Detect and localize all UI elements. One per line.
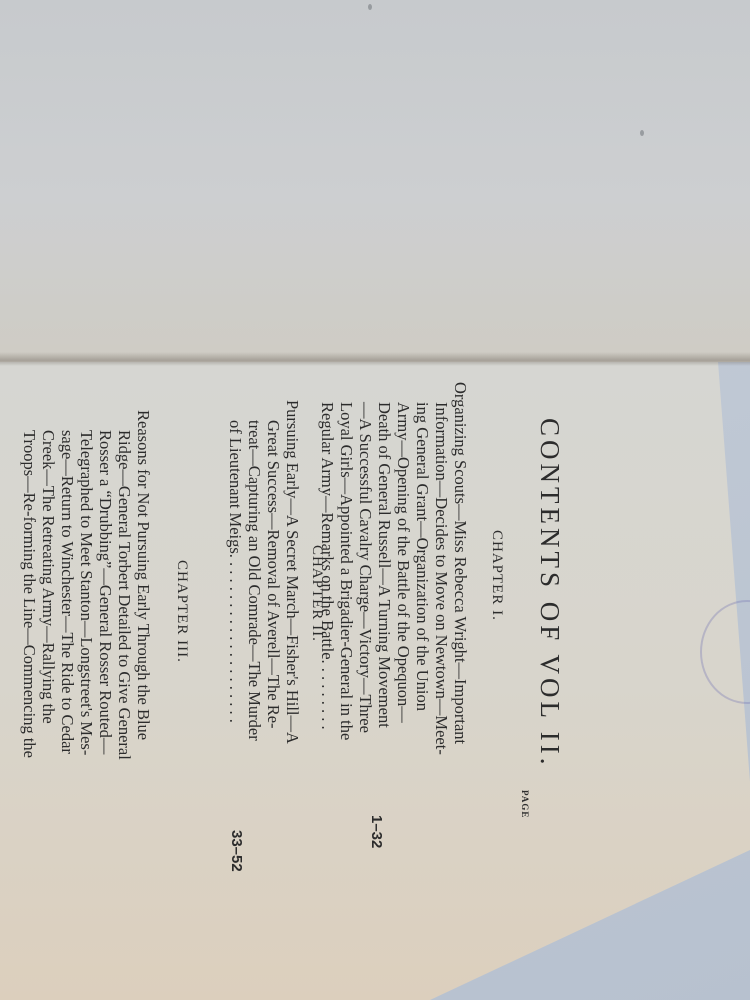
toc-line: Ridge—General Torbert Detailed to Give G…	[115, 410, 134, 850]
chapter-3-heading: CHAPTER III.	[173, 560, 190, 663]
toc-line: Creek—The Retreating Army—Rallying the	[39, 410, 58, 850]
toc-line: Great Success—Removal of Averell—The Re-	[264, 400, 283, 800]
toc-line: Army—Opening of the Battle of the Opequo…	[394, 382, 413, 782]
toc-line: Information—Decides to Move on Newtown—M…	[432, 382, 451, 782]
toc-line: ing General Grant—Organization of the Un…	[413, 382, 432, 782]
chapter-1-heading: CHAPTER I.	[488, 530, 505, 621]
toc-line: sage—Return to Winchester—The Ride to Ce…	[58, 410, 77, 850]
chapter-2-pages: 33–52	[228, 830, 245, 872]
toc-line: Loyal Girls—Appointed a Brigadier-Genera…	[337, 382, 356, 782]
toc-line: Organizing Scouts—Miss Rebecca Wright—Im…	[451, 382, 470, 782]
toc-line: treat—Capturing an Old Comrade—The Murde…	[245, 400, 264, 800]
paper-speck	[640, 130, 644, 136]
chapter-2-heading: CHAPTER II.	[308, 545, 325, 642]
toc-line: Rosser a “Drubbing”—General Rosser Route…	[96, 410, 115, 850]
page-column-header: PAGE	[520, 790, 530, 818]
chapter-3-summary: Reasons for Not Pursuing Early Through t…	[20, 410, 153, 850]
toc-line: Reasons for Not Pursuing Early Through t…	[134, 410, 153, 850]
page-title: CONTENTS OF VOL II.	[534, 418, 565, 769]
facing-page-blank	[0, 0, 750, 362]
toc-line: —A Successful Cavalry Charge—Victory—Thr…	[356, 382, 375, 782]
toc-line: of Lieutenant Meigs. . . . . . . . . . .…	[226, 400, 245, 800]
book-gutter	[0, 352, 750, 366]
toc-line: Telegraphed to Meet Stanton—Longstreet's…	[77, 410, 96, 850]
chapter-1-pages: 1–32	[368, 815, 385, 848]
toc-line: Troops—Re-forming the Line—Commencing th…	[20, 410, 39, 850]
chapter-1-summary: Organizing Scouts—Miss Rebecca Wright—Im…	[318, 382, 470, 782]
toc-line: Death of General Russell—A Turning Movem…	[375, 382, 394, 782]
paper-speck	[368, 4, 372, 10]
toc-line: Pursuing Early—A Secret March—Fisher's H…	[283, 400, 302, 800]
chapter-2-summary: Pursuing Early—A Secret March—Fisher's H…	[226, 400, 302, 800]
